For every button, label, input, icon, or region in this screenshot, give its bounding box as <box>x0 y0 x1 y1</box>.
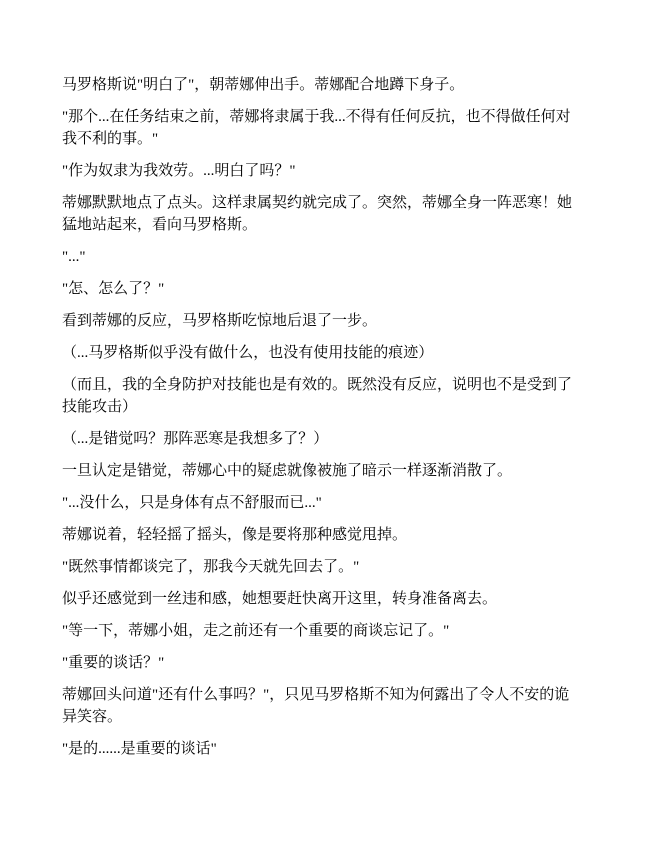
paragraph-9: （而且，我的全身防护对技能也是有效的。既然没有反应，说明也不是受到了技能攻击） <box>62 374 574 418</box>
paragraph-10: （...是错觉吗？那阵恶寒是我想多了？） <box>62 428 574 450</box>
paragraph-4: 蒂娜默默地点了点头。这样隶属契约就完成了。突然，蒂娜全身一阵恶寒！她猛地站起来，… <box>62 192 574 236</box>
paragraph-3: "作为奴隶为我效劳。...明白了吗？" <box>62 160 574 182</box>
paragraph-11: 一旦认定是错觉，蒂娜心中的疑虑就像被施了暗示一样逐渐消散了。 <box>62 460 574 482</box>
paragraph-6: "怎、怎么了？" <box>62 278 574 300</box>
paragraph-5: "..." <box>62 246 574 268</box>
paragraph-16: "等一下，蒂娜小姐，走之前还有一个重要的商谈忘记了。" <box>62 620 574 642</box>
text-content: 马罗格斯说"明白了"，朝蒂娜伸出手。蒂娜配合地蹲下身子。 "那个...在任务结束… <box>62 74 574 760</box>
paragraph-15: 似乎还感觉到一丝违和感，她想要赶快离开这里，转身准备离去。 <box>62 588 574 610</box>
paragraph-17: "重要的谈话？" <box>62 652 574 674</box>
paragraph-13: 蒂娜说着，轻轻摇了摇头，像是要将那种感觉甩掉。 <box>62 524 574 546</box>
document-page: 马罗格斯说"明白了"，朝蒂娜伸出手。蒂娜配合地蹲下身子。 "那个...在任务结束… <box>0 0 650 850</box>
paragraph-2: "那个...在任务结束之前，蒂娜将隶属于我...不得有任何反抗，也不得做任何对我… <box>62 106 574 150</box>
paragraph-18: 蒂娜回头问道"还有什么事吗？"，只见马罗格斯不知为何露出了令人不安的诡异笑容。 <box>62 684 574 728</box>
paragraph-12: "...没什么，只是身体有点不舒服而已..." <box>62 492 574 514</box>
paragraph-1: 马罗格斯说"明白了"，朝蒂娜伸出手。蒂娜配合地蹲下身子。 <box>62 74 574 96</box>
paragraph-7: 看到蒂娜的反应，马罗格斯吃惊地后退了一步。 <box>62 310 574 332</box>
paragraph-14: "既然事情都谈完了，那我今天就先回去了。" <box>62 556 574 578</box>
paragraph-19: "是的......是重要的谈话" <box>62 738 574 760</box>
paragraph-8: （...马罗格斯似乎没有做什么，也没有使用技能的痕迹） <box>62 342 574 364</box>
